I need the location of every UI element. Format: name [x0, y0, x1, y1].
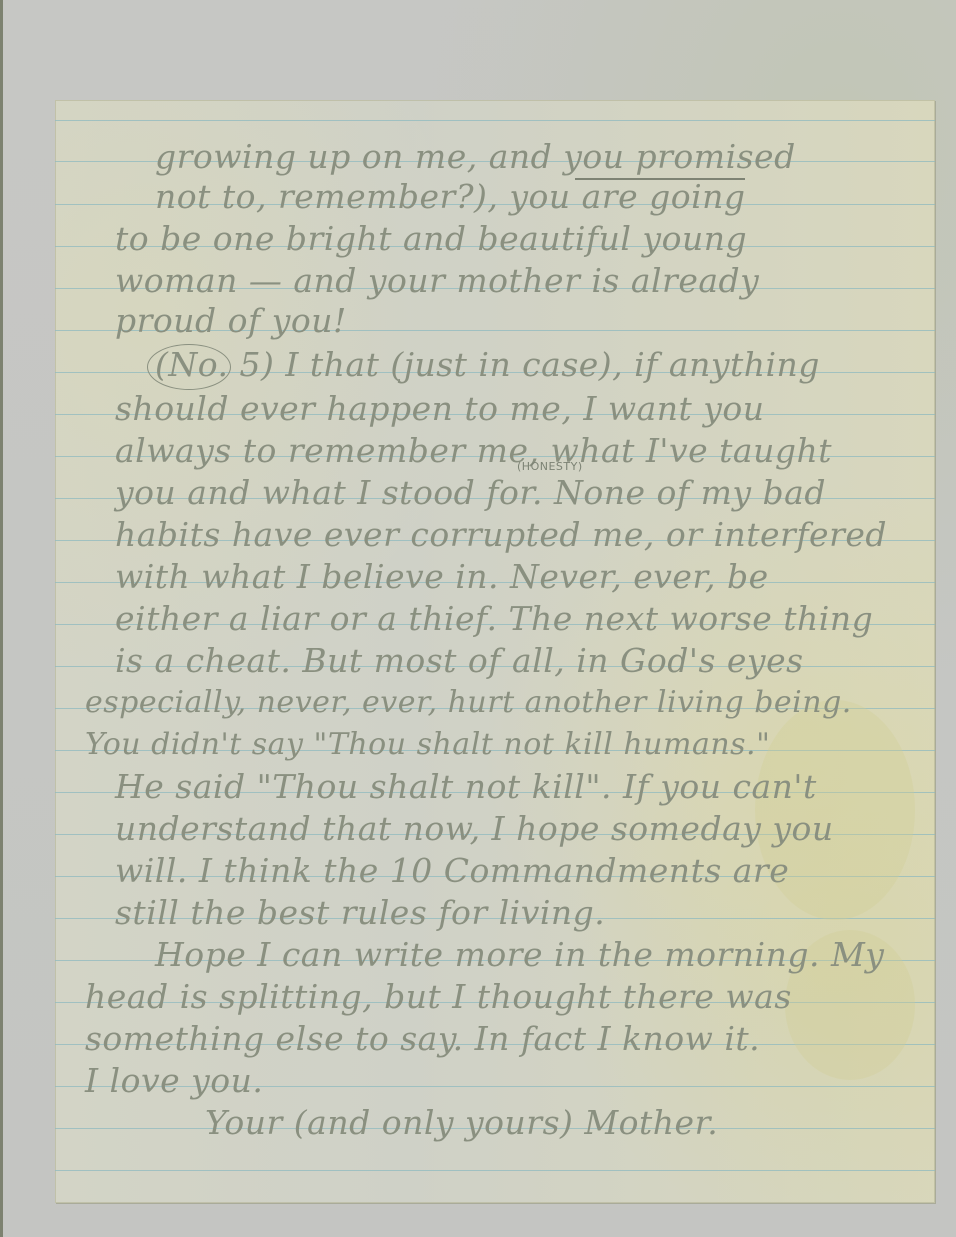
letter-signoff: Your (and only yours) Mother. [205, 1102, 718, 1144]
letter-line: head is splitting, but I thought there w… [85, 976, 792, 1018]
letter-page: growing up on me, and you promised not t… [55, 100, 935, 1203]
letter-line: you and what I stood for. None of my bad [115, 472, 826, 514]
letter-line: something else to say. In fact I know it… [85, 1018, 760, 1060]
letter-line: not to, remember?), you are going [155, 176, 746, 218]
letter-line: will. I think the 10 Commandments are [115, 850, 789, 892]
letter-body: growing up on me, and you promised not t… [55, 100, 935, 1203]
letter-line: Hope I can write more in the morning. My [155, 934, 884, 976]
letter-line: habits have ever corrupted me, or interf… [115, 514, 887, 556]
letter-line: woman — and your mother is already [115, 260, 759, 302]
letter-line: is a cheat. But most of all, in God's ey… [115, 640, 804, 682]
letter-line: He said "Thou shalt not kill". If you ca… [115, 766, 817, 808]
underline-mark [575, 178, 745, 180]
letter-line: still the best rules for living. [115, 892, 605, 934]
letter-line: I love you. [85, 1060, 263, 1102]
letter-line: (No. 5) I that (just in case), if anythi… [155, 344, 820, 386]
letter-line: always to remember me, what I've taught [115, 430, 832, 472]
letter-line: to be one bright and beautiful young [115, 218, 747, 260]
letter-line: should ever happen to me, I want you [115, 388, 765, 430]
letter-line: proud of you! [115, 300, 347, 342]
letter-line: especially, never, ever, hurt another li… [85, 682, 852, 724]
letter-line: either a liar or a thief. The next worse… [115, 598, 873, 640]
letter-line: with what I believe in. Never, ever, be [115, 556, 769, 598]
scan-edge [0, 0, 3, 1237]
letter-line: understand that now, I hope someday you [115, 808, 834, 850]
letter-line: growing up on me, and you promised [155, 136, 796, 178]
circle-mark [147, 344, 231, 390]
letter-line: You didn't say "Thou shalt not kill huma… [85, 724, 770, 766]
honesty-annotation: (HONESTY) [517, 460, 583, 473]
